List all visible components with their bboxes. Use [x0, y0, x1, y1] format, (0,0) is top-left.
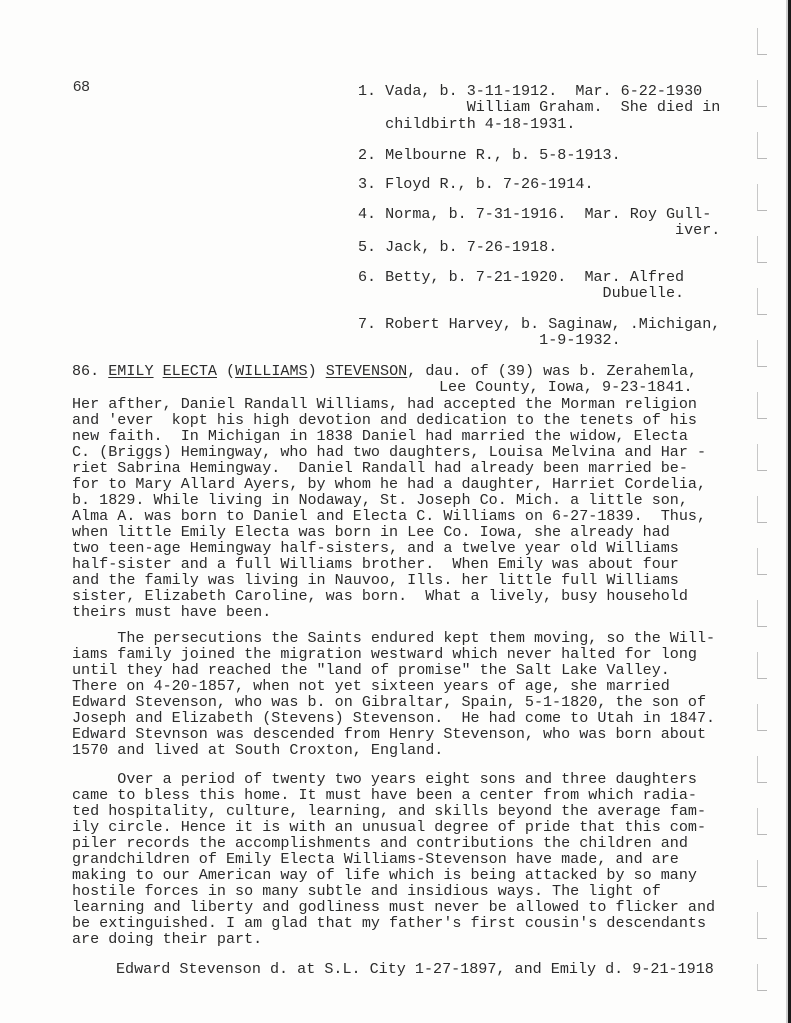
paragraph-3-line: learning and liberty and godliness must …: [72, 900, 715, 915]
paragraph-2-line: 1570 and lived at South Croxton, England…: [72, 743, 443, 758]
entry-name-first: EMILY: [108, 362, 153, 380]
margin-tab-mark: [757, 288, 767, 315]
child-2: 2. Melbourne R., b. 5-8-1913.: [358, 148, 621, 163]
margin-tab-mark: [757, 860, 767, 887]
child-6-line-2: Dubuelle.: [358, 286, 684, 301]
paragraph-1-line: two teen-age Hemingway half-sisters, and…: [72, 541, 679, 556]
paragraph-1-line: theirs must have been.: [72, 605, 271, 620]
paragraph-2-line: Edward Stevenson, who was b. on Gibralta…: [72, 695, 706, 710]
margin-tab-mark: [757, 132, 767, 159]
paragraph-3-line: ily circle. Hence it is with an unusual …: [72, 820, 706, 835]
margin-tab-mark: [757, 548, 767, 575]
margin-tab-mark: [757, 964, 767, 991]
entry-heading-line-2: Lee County, Iowa, 9-23-1841.: [439, 380, 693, 395]
paragraph-3-line: grandchildren of Emily Electa Williams-S…: [72, 852, 679, 867]
entry-name-maiden: WILLIAMS: [235, 362, 307, 380]
paragraph-1-line: b. 1829. While living in Nodaway, St. Jo…: [72, 493, 688, 508]
margin-tab-mark: [757, 340, 767, 367]
child-3: 3. Floyd R., b. 7-26-1914.: [358, 177, 594, 192]
entry-number: 86.: [72, 362, 99, 380]
paragraph-2-line: iams family joined the migration westwar…: [72, 647, 697, 662]
margin-tab-mark: [757, 80, 767, 107]
document-page: 68 1. Vada, b. 3-11-1912. Mar. 6-22-1930…: [0, 0, 791, 1023]
margin-tab-mark: [757, 392, 767, 419]
child-5: 5. Jack, b. 7-26-1918.: [358, 240, 557, 255]
entry-heading: 86. EMILY ELECTA (WILLIAMS) STEVENSON, d…: [72, 364, 697, 379]
margin-tab-mark: [757, 600, 767, 627]
paragraph-2-line: Joseph and Elizabeth (Stevens) Stevenson…: [72, 711, 715, 726]
paragraph-3-line: making to our American way of life which…: [72, 868, 697, 883]
margin-tab-mark: [757, 756, 767, 783]
paragraph-1-line: half-sister and a full Williams brother.…: [72, 557, 679, 572]
paragraph-1-line: Alma A. was born to Daniel and Electa C.…: [72, 509, 706, 524]
child-1-line-1: 1. Vada, b. 3-11-1912. Mar. 6-22-1930: [358, 84, 702, 99]
paragraph-1-line: for to Mary Allard Ayers, by whom he had…: [72, 477, 706, 492]
margin-tab-mark: [757, 496, 767, 523]
paragraph-2-line: until they had reached the "land of prom…: [72, 663, 670, 678]
entry-name-married: STEVENSON: [326, 362, 408, 380]
paragraph-3-line: piler records the accomplishments and co…: [72, 836, 688, 851]
paragraph-1-line: sister, Elizabeth Caroline, was born. Wh…: [72, 589, 688, 604]
paragraph-3-line: ted hospitality, culture, learning, and …: [72, 804, 706, 819]
margin-tab-mark: [757, 444, 767, 471]
closing-line: Edward Stevenson d. at S.L. City 1-27-18…: [116, 962, 714, 977]
paragraph-2-line: The persecutions the Saints endured kept…: [72, 631, 715, 646]
margin-tab-mark: [757, 184, 767, 211]
child-7-line-1: 7. Robert Harvey, b. Saginaw, .Michigan,: [358, 317, 720, 332]
child-6-line-1: 6. Betty, b. 7-21-1920. Mar. Alfred: [358, 270, 684, 285]
paragraph-2-line: There on 4-20-1857, when not yet sixteen…: [72, 679, 670, 694]
paragraph-1-line: and the family was living in Nauvoo, Ill…: [72, 573, 679, 588]
child-1-line-3: childbirth 4-18-1931.: [358, 117, 575, 132]
margin-tab-mark: [757, 912, 767, 939]
paragraph-1-line: new faith. In Michigan in 1838 Daniel ha…: [72, 429, 688, 444]
margin-tab-mark: [757, 704, 767, 731]
child-4-line-2: iver.: [358, 223, 720, 238]
entry-name-middle: ELECTA: [163, 362, 217, 380]
margin-tab-mark: [757, 808, 767, 835]
margin-tab-mark: [757, 236, 767, 263]
paragraph-3-line: be extinguished. I am glad that my fathe…: [72, 916, 706, 931]
paragraph-3-line: hostile forces in so many subtle and ins…: [72, 884, 661, 899]
paragraph-1-line: C. (Briggs) Hemingway, who had two daugh…: [72, 445, 706, 460]
page-number: 68: [73, 78, 90, 95]
paragraph-1-line: when little Emily Electa was born in Lee…: [72, 525, 670, 540]
paragraph-1-line: and 'ever kopt his high devotion and ded…: [72, 413, 697, 428]
margin-tab-mark: [757, 28, 767, 55]
margin-tab-mark: [757, 652, 767, 679]
child-4-line-1: 4. Norma, b. 7-31-1916. Mar. Roy Gull-: [358, 207, 711, 222]
child-1-line-2: William Graham. She died in: [358, 100, 720, 115]
paragraph-3-line: Over a period of twenty two years eight …: [72, 772, 697, 787]
child-7-line-2: 1-9-1932.: [358, 333, 621, 348]
paragraph-3-line: came to bless this home. It must have be…: [72, 788, 697, 803]
paragraph-2-line: Edward Stevnson was descended from Henry…: [72, 727, 706, 742]
paragraph-3-line: are doing their part.: [72, 932, 262, 947]
paragraph-1-line: Her afther, Daniel Randall Williams, had…: [72, 397, 697, 412]
paragraph-1-line: riet Sabrina Hemingway. Daniel Randall h…: [72, 461, 688, 476]
